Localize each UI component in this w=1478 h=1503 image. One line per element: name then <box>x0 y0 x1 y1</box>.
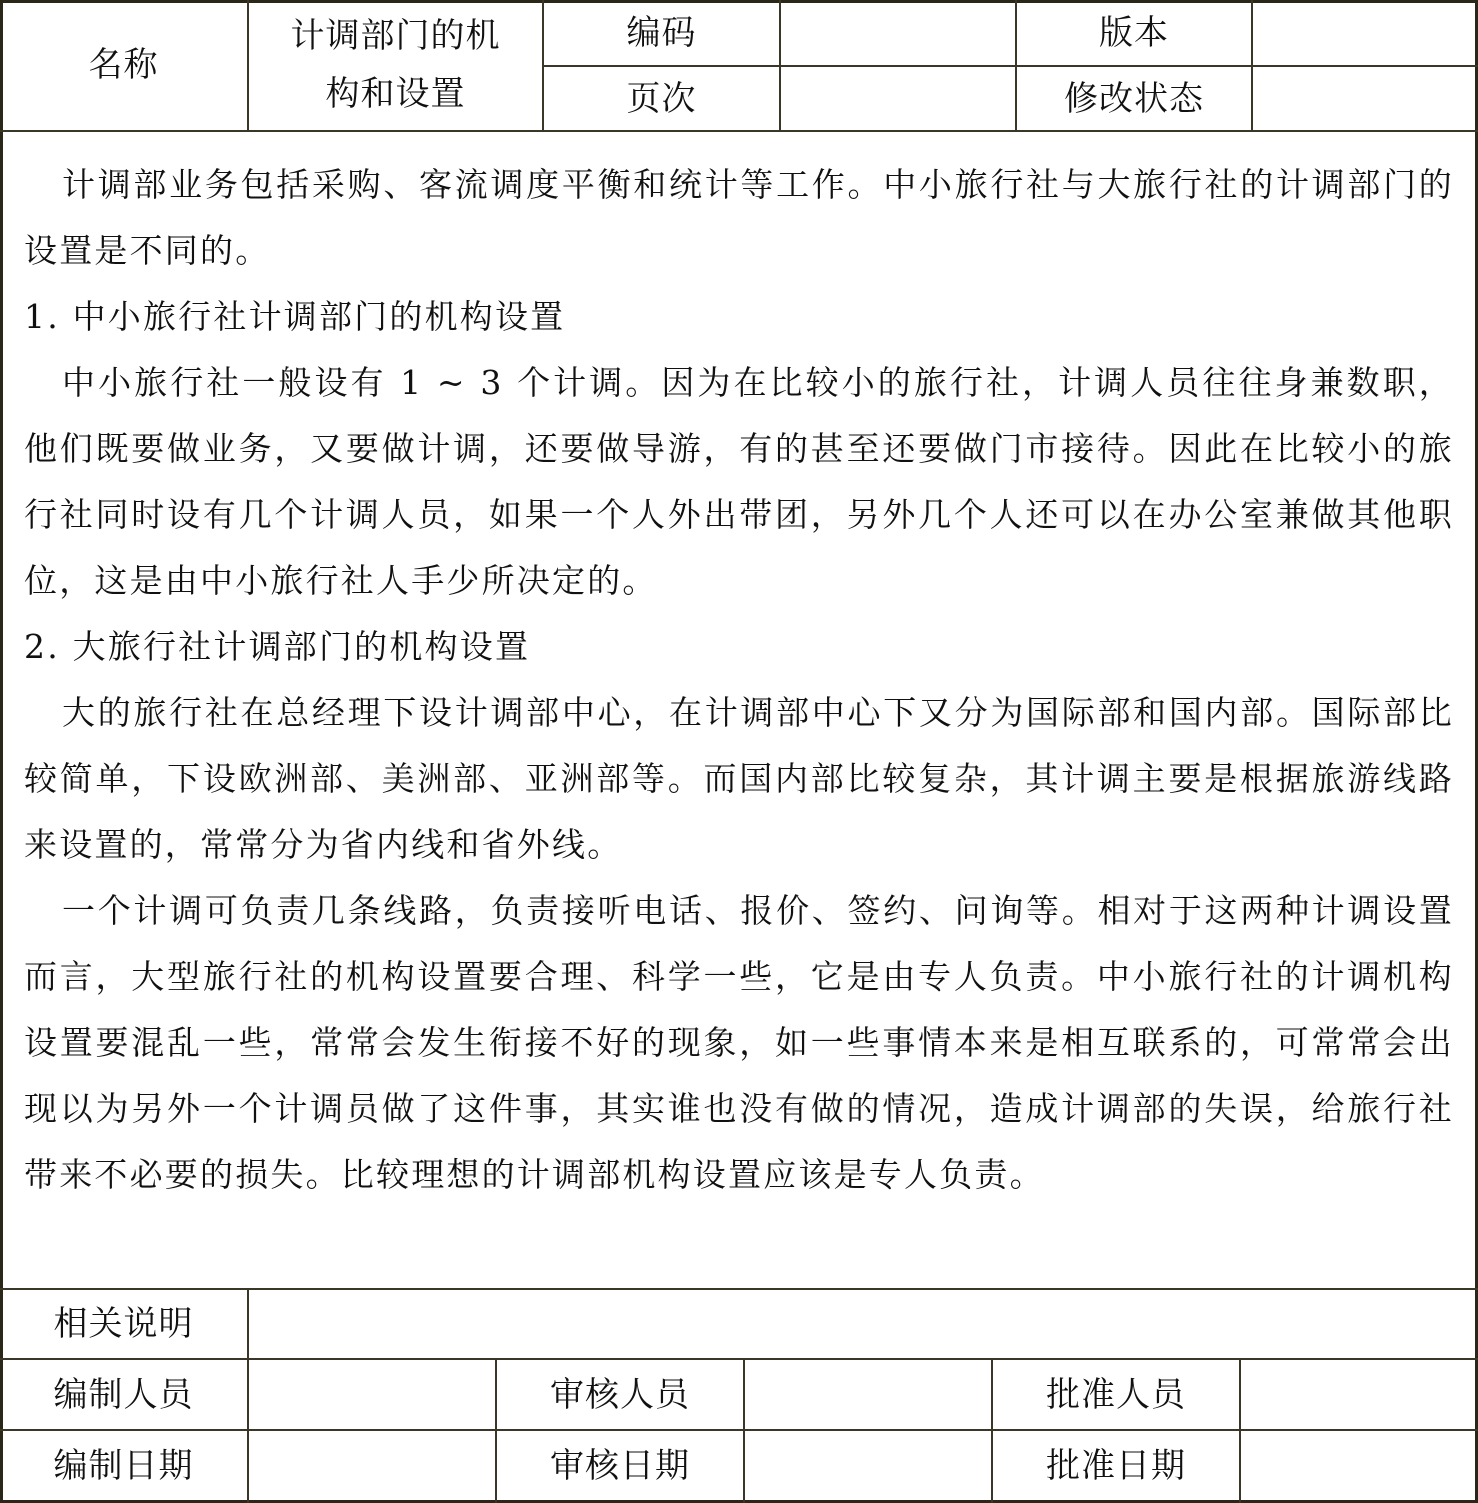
header-bottom-border <box>0 130 1478 132</box>
code-value[interactable] <box>781 0 1015 65</box>
version-value[interactable] <box>1253 0 1475 65</box>
notes-label: 相关说明 <box>0 1290 247 1358</box>
approve-date-label: 批准日期 <box>993 1431 1239 1500</box>
compile-date-value[interactable] <box>249 1431 495 1500</box>
section-heading: 2. 大旅行社计调部门的机构设置 <box>24 614 1454 680</box>
name-value-line2: 构和设置 <box>326 77 466 111</box>
notes-label-text: 相关说明 <box>54 1307 194 1341</box>
compile-date-label: 编制日期 <box>0 1431 247 1500</box>
compiler-label-text: 编制人员 <box>54 1378 194 1412</box>
name-value: 计调部门的机 构和设置 <box>249 0 542 130</box>
page-label-text: 页次 <box>627 82 697 116</box>
revision-label: 修改状态 <box>1017 67 1251 130</box>
name-label-text: 名称 <box>89 48 159 82</box>
body-paragraph: 中小旅行社一般设有 1 ~ 3 个计调。因为在比较小的旅行社，计调人员往往身兼数… <box>24 350 1454 614</box>
reviewer-label: 审核人员 <box>497 1360 743 1429</box>
reviewer-value[interactable] <box>745 1360 991 1429</box>
notes-value[interactable] <box>249 1290 1475 1358</box>
approve-date-value[interactable] <box>1241 1431 1475 1500</box>
approver-label: 批准人员 <box>993 1360 1239 1429</box>
review-date-value[interactable] <box>745 1431 991 1500</box>
section-heading: 1. 中小旅行社计调部门的机构设置 <box>24 284 1454 350</box>
revision-value[interactable] <box>1253 67 1475 130</box>
compiler-value[interactable] <box>249 1360 495 1429</box>
version-label: 版本 <box>1017 0 1251 65</box>
name-value-line1: 计调部门的机 <box>291 19 501 53</box>
page-label: 页次 <box>544 67 779 130</box>
body-paragraph: 大的旅行社在总经理下设计调部中心，在计调部中心下又分为国际部和国内部。国际部比较… <box>24 680 1454 878</box>
code-label-text: 编码 <box>627 16 697 50</box>
document-body: 计调部业务包括采购、客流调度平衡和统计等工作。中小旅行社与大旅行社的计调部门的设… <box>24 152 1454 1208</box>
body-paragraph: 一个计调可负责几条线路，负责接听电话、报价、签约、问询等。相对于这两种计调设置而… <box>24 878 1454 1208</box>
approver-label-text: 批准人员 <box>1046 1378 1186 1412</box>
compiler-label: 编制人员 <box>0 1360 247 1429</box>
name-label: 名称 <box>0 0 247 130</box>
code-label: 编码 <box>544 0 779 65</box>
revision-label-text: 修改状态 <box>1064 82 1204 116</box>
review-date-label-text: 审核日期 <box>550 1449 690 1483</box>
approver-value[interactable] <box>1241 1360 1475 1429</box>
page-value[interactable] <box>781 67 1015 130</box>
body-paragraph: 计调部业务包括采购、客流调度平衡和统计等工作。中小旅行社与大旅行社的计调部门的设… <box>24 152 1454 284</box>
review-date-label: 审核日期 <box>497 1431 743 1500</box>
version-label-text: 版本 <box>1099 16 1169 50</box>
approve-date-label-text: 批准日期 <box>1046 1449 1186 1483</box>
compile-date-label-text: 编制日期 <box>54 1449 194 1483</box>
reviewer-label-text: 审核人员 <box>550 1378 690 1412</box>
